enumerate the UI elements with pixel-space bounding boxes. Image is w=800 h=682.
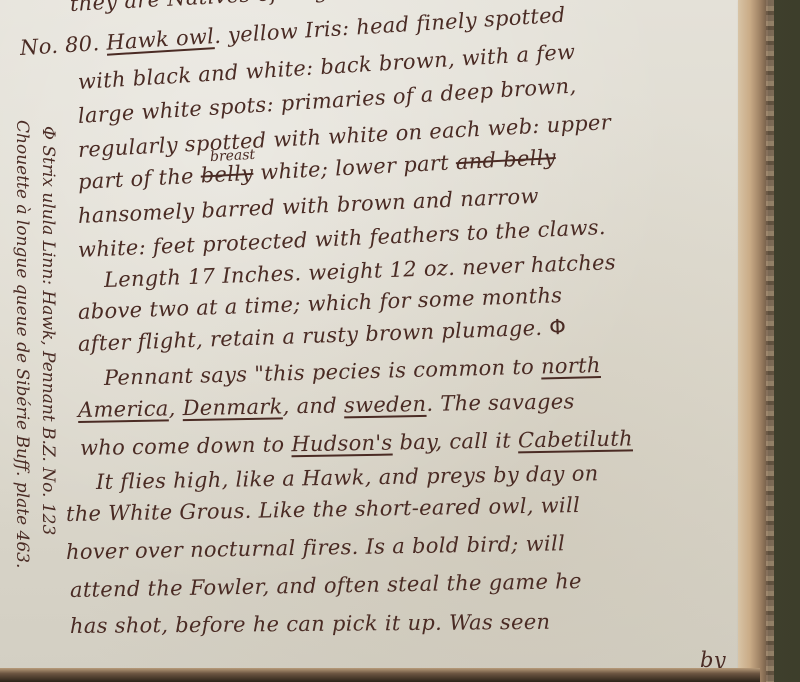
torn-binding-edge [738, 0, 768, 682]
entry-line-11: America, Denmark, and sweden. The savage… [78, 389, 575, 422]
underlined-hudsons: Hudson's [291, 431, 393, 457]
underlined-sweden: sweden [344, 392, 427, 417]
entry-line-13: It flies high, like a Hawk, and preys by… [96, 461, 599, 494]
entry-line-14: the White Grous. Like the short-eared ow… [66, 493, 580, 526]
underlined-cabetiluth: Cabetiluth [518, 426, 633, 452]
entry-line-16: attend the Fowler, and often steal the g… [70, 569, 582, 602]
page-bottom-edge [0, 668, 760, 682]
underlined-america: America [78, 396, 169, 422]
struck-words-and-belly: and belly [455, 145, 556, 174]
manuscript-photo: they are Natives of Engl... No. 80. Hawk… [0, 0, 800, 682]
margin-note-outer: Chouette à longue queue de Sibérie Buff.… [12, 120, 32, 568]
underlined-north: north [541, 353, 601, 379]
underlined-denmark: Denmark [182, 394, 282, 420]
entry-line-12: who come down to Hudson's bay, call it C… [80, 426, 633, 460]
entry-number: No. 80. [19, 31, 100, 60]
top-fragment-line: they are Natives of Engl... [69, 0, 356, 16]
entry-line-17: has shot, before he can pick it up. Was … [70, 610, 551, 638]
reference-symbol-phi: Φ [549, 315, 567, 340]
entry-line-0-text: . yellow Iris: head finely spotted [213, 3, 566, 48]
entry-line-10: Pennant says "this pecies is common to n… [104, 353, 601, 390]
manuscript-page: they are Natives of Engl... No. 80. Hawk… [0, 0, 752, 672]
struck-word-belly: belly [200, 161, 254, 188]
margin-note-inner: Φ Strix ulula Linn: Hawk, Pennant B.Z. N… [38, 126, 58, 535]
entry-title: Hawk owl [106, 24, 215, 55]
entry-line-15: hover over nocturnal fires. Is a bold bi… [66, 531, 565, 564]
